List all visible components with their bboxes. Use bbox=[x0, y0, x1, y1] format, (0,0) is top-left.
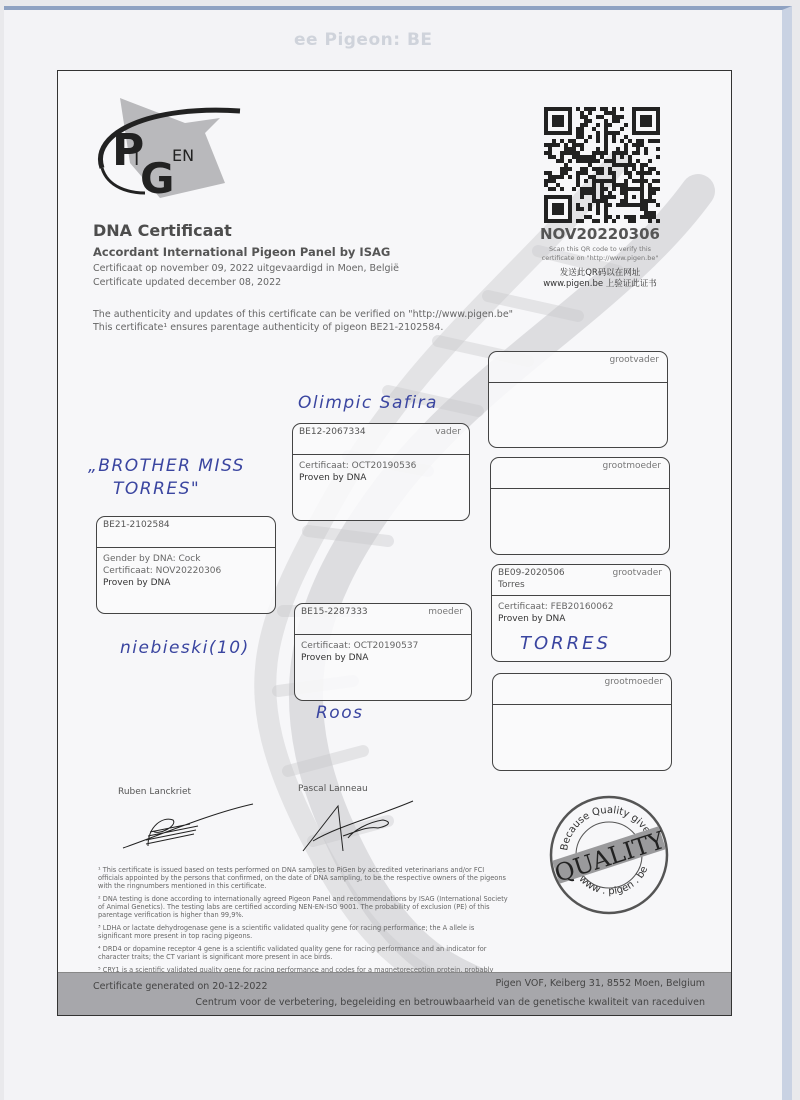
signature-left bbox=[118, 796, 258, 856]
role-label: grootmoeder bbox=[604, 677, 663, 687]
role-label: grootvader bbox=[609, 355, 659, 365]
certificate-footer: Certificate generated on 20-12-2022 Pige… bbox=[58, 972, 732, 1015]
updated-date: Certificate updated december 08, 2022 bbox=[93, 277, 281, 288]
role-label: grootmoeder bbox=[602, 461, 661, 471]
ring-number: BE12-2067334 bbox=[299, 427, 366, 437]
svg-text:EN: EN bbox=[172, 146, 194, 165]
signature-right bbox=[298, 796, 418, 856]
bleed-through-text: ee Pigeon: BE bbox=[294, 30, 433, 50]
handwritten-mother-name: Roos bbox=[316, 703, 363, 723]
certificate-number: Certificaat: OCT20190536 bbox=[299, 460, 463, 472]
svg-text:I: I bbox=[134, 149, 139, 170]
maternal-grandmother-box: grootmoeder bbox=[492, 673, 672, 771]
qr-scan-note: Scan this QR code to verify this certifi… bbox=[520, 245, 680, 263]
proven-status: Proven by DNA bbox=[103, 577, 269, 589]
role-label: vader bbox=[435, 427, 461, 437]
role-label: grootvader bbox=[612, 568, 662, 578]
certificate-number: Certificaat: OCT20190537 bbox=[301, 640, 465, 652]
svg-text:G: G bbox=[140, 154, 174, 203]
ring-number: BE09-2020506 bbox=[498, 568, 565, 578]
paternal-grandfather-box: grootvader bbox=[488, 351, 668, 448]
certificate-subtitle: Accordant International Pigeon Panel by … bbox=[93, 245, 390, 259]
qr-chinese-note: 发送此QR码以在网址 www.pigen.be 上验证此证书 bbox=[520, 268, 680, 290]
handwritten-subject-name-line2: TORRES" bbox=[113, 479, 200, 499]
ring-number: BE15-2287333 bbox=[301, 607, 368, 617]
footnote-2: ² DNA testing is done according to inter… bbox=[98, 895, 508, 920]
certificate-frame: P I G EN DNA Certificaat Accordant Inter… bbox=[57, 70, 732, 1016]
proven-status: Proven by DNA bbox=[299, 472, 463, 484]
signer-right-name: Pascal Lanneau bbox=[298, 784, 368, 794]
footnote-3: ³ LDHA or lactate dehydrogenase gene is … bbox=[98, 924, 508, 940]
company-motto: Centrum voor de verbetering, begeleiding… bbox=[195, 997, 705, 1008]
certificate-title: DNA Certificaat bbox=[93, 221, 232, 240]
ensures-note: This certificate¹ ensures parentage auth… bbox=[93, 322, 443, 333]
certificate-number: Certificaat: FEB20160062 bbox=[498, 601, 664, 613]
verify-note: The authenticity and updates of this cer… bbox=[93, 309, 513, 320]
qr-code[interactable] bbox=[544, 107, 660, 223]
handwritten-father-name: Olimpic Safira bbox=[298, 393, 438, 413]
quality-stamp: Because Quality gives www . pigen . be Q… bbox=[545, 791, 673, 919]
handwritten-subject-name-line1: „BROTHER MISS bbox=[88, 456, 245, 476]
ring-number: BE21-2102584 bbox=[103, 520, 170, 530]
mother-box: BE15-2287333 moeder Certificaat: OCT2019… bbox=[294, 603, 472, 701]
paternal-grandmother-box: grootmoeder bbox=[490, 457, 670, 555]
role-label: moeder bbox=[428, 607, 463, 617]
father-box: BE12-2067334 vader Certificaat: OCT20190… bbox=[292, 423, 470, 521]
issued-date: Certificaat op november 09, 2022 uitgeva… bbox=[93, 263, 399, 274]
certificate-number: Certificaat: NOV20220306 bbox=[103, 565, 269, 577]
company-address: Pigen VOF, Keiberg 31, 8552 Moen, Belgiu… bbox=[496, 978, 705, 989]
generated-date: Certificate generated on 20-12-2022 bbox=[93, 981, 268, 992]
qr-certificate-code: NOV20220306 bbox=[520, 225, 680, 243]
pigeon-name: Torres bbox=[498, 580, 525, 590]
proven-status: Proven by DNA bbox=[498, 613, 664, 625]
handwritten-grandfather-name: TORRES bbox=[520, 633, 611, 654]
gender: Gender by DNA: Cock bbox=[103, 553, 269, 565]
subject-pigeon-box: BE21-2102584 Gender by DNA: Cock Certifi… bbox=[96, 516, 276, 614]
footnote-4: ⁴ DRD4 or dopamine receptor 4 gene is a … bbox=[98, 945, 508, 961]
proven-status: Proven by DNA bbox=[301, 652, 465, 664]
pigen-logo: P I G EN bbox=[90, 93, 280, 203]
handwritten-subject-note: niebieski(10) bbox=[120, 638, 250, 658]
footnote-1: ¹ This certificate is issued based on te… bbox=[98, 866, 508, 891]
